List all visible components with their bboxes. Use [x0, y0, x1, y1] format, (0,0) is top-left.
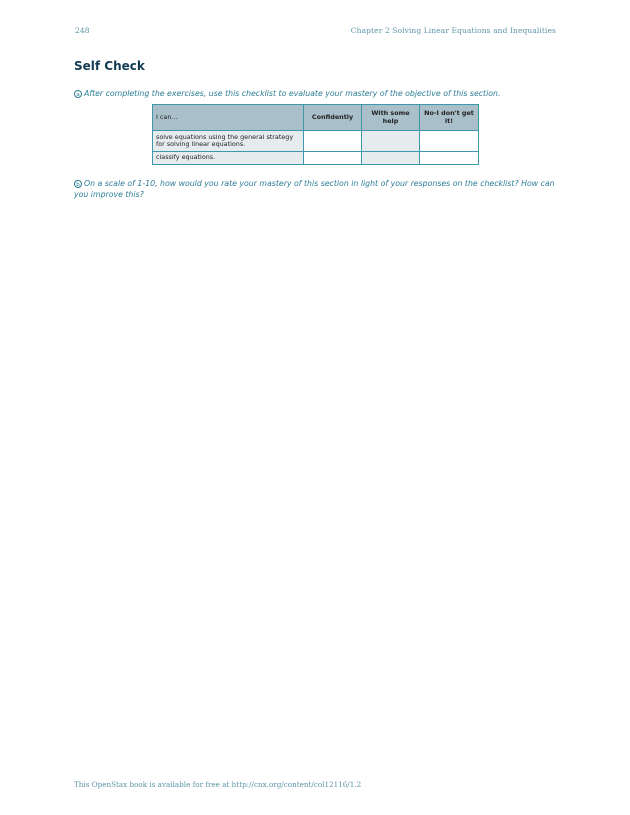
cell-dont-get-it[interactable]	[420, 131, 479, 152]
exercise-a: aAfter completing the exercises, use thi…	[74, 88, 554, 99]
exercise-marker-icon: b	[74, 180, 82, 188]
exercise-text: After completing the exercises, use this…	[84, 89, 500, 98]
self-check-checklist: I can… Confidently With some help No-I d…	[152, 104, 479, 165]
cell-with-some-help[interactable]	[362, 131, 420, 152]
table-row: solve equations using the general strate…	[153, 131, 479, 152]
cell-dont-get-it[interactable]	[420, 152, 479, 165]
header-i-can: I can…	[153, 105, 304, 131]
cell-confidently[interactable]	[304, 152, 362, 165]
checklist-header-row: I can… Confidently With some help No-I d…	[153, 105, 479, 131]
exercise-b: bOn a scale of 1-10, how would you rate …	[74, 178, 559, 200]
section-title: Self Check	[74, 59, 145, 73]
exercise-marker-icon: a	[74, 90, 82, 98]
page-footer: This OpenStax book is available for free…	[74, 780, 361, 789]
cell-confidently[interactable]	[304, 131, 362, 152]
header-with-some-help: With some help	[362, 105, 420, 131]
header-dont-get-it: No-I don't get it!	[420, 105, 479, 131]
header-confidently: Confidently	[304, 105, 362, 131]
skill-label: classify equations.	[153, 152, 304, 165]
page-number: 248	[75, 26, 90, 35]
cell-with-some-help[interactable]	[362, 152, 420, 165]
exercise-text: On a scale of 1-10, how would you rate y…	[74, 179, 555, 199]
skill-label: solve equations using the general strate…	[153, 131, 304, 152]
chapter-title: Chapter 2 Solving Linear Equations and I…	[351, 26, 556, 35]
running-head: 248 Chapter 2 Solving Linear Equations a…	[75, 26, 556, 35]
table-row: classify equations.	[153, 152, 479, 165]
